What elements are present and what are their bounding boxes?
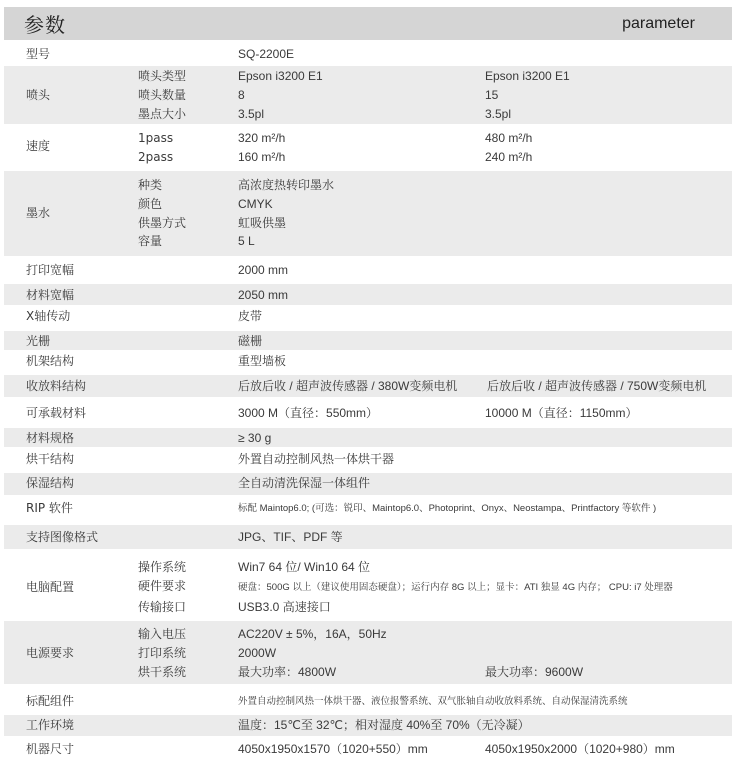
row-sublabel: 操作系统 (138, 558, 186, 577)
row-label: 保湿结构 (26, 474, 74, 493)
row-label: 机架结构 (26, 352, 74, 371)
row-label: 烘干结构 (26, 450, 74, 469)
row-value: 4050x1950x1570（1020+550）mm (238, 740, 428, 759)
row-value: USB3.0 高速接口 (238, 598, 331, 617)
row-speed: 速度 1pass 2pass 320 m²/h 160 m²/h 480 m²/… (4, 124, 732, 171)
row-value-alt: 3.5pl (485, 105, 511, 124)
row-label: 标配组件 (26, 692, 74, 711)
row-label: X轴传动 (26, 307, 70, 326)
row-value: 8 (238, 86, 245, 105)
row-sublabel: 输入电压 (138, 625, 186, 644)
row-value: CMYK (238, 195, 273, 214)
row-label: 光栅 (26, 332, 50, 351)
row-label: 电源要求 (26, 644, 74, 663)
row-sublabel: 喷头类型 (138, 67, 186, 86)
section-header: 参数 parameter (4, 7, 732, 40)
row-label: RIP 软件 (26, 499, 73, 518)
row-value: 最大功率：4800W (238, 663, 336, 682)
row-value: 虹吸供墨 (238, 214, 286, 233)
row-print-width: 打印宽幅 2000 mm (4, 256, 732, 284)
row-value: AC220V ± 5%，16A，50Hz (238, 625, 387, 644)
row-label: 机器尺寸 (26, 740, 74, 759)
row-value-alt: 后放后收 / 超声波传感器 / 750W变频电机 (487, 377, 706, 396)
row-image-formats: 支持图像格式 JPG、TIF、PDF 等 (4, 525, 732, 549)
row-label: 速度 (26, 137, 50, 156)
row-sublabel: 喷头数量 (138, 86, 186, 105)
row-rip: RIP 软件 标配 Maintop6.0; (可选：锐印、Maintop6.0、… (4, 495, 732, 525)
row-computer: 电脑配置 操作系统 硬件要求 传输接口 Win7 64 位/ Win10 64 … (4, 549, 732, 621)
row-value: 硬盘：500G 以上（建议使用固态硬盘）；运行内存 8G 以上；显卡：ATI 独… (238, 578, 673, 597)
row-value-alt: 10000 M（直径：1150mm） (485, 404, 638, 423)
row-nozzle: 喷头 喷头类型 喷头数量 墨点大小 Epson i3200 E1 8 3.5pl… (4, 66, 732, 124)
row-value: 高浓度热转印墨水 (238, 176, 334, 195)
row-value: 后放后收 / 超声波传感器 / 380W变频电机 (238, 377, 457, 396)
row-value-alt: 480 m²/h (485, 129, 532, 148)
row-model: 型号 SQ-2200E (4, 44, 732, 64)
row-label: 材料宽幅 (26, 286, 74, 305)
row-value: 160 m²/h (238, 148, 285, 167)
row-value: 2000W (238, 644, 276, 663)
row-load: 可承载材料 3000 M（直径：550mm） 10000 M（直径：1150mm… (4, 397, 732, 428)
row-value: Win7 64 位/ Win10 64 位 (238, 558, 370, 577)
row-dimensions: 机器尺寸 4050x1950x1570（1020+550）mm 4050x195… (4, 736, 732, 767)
row-sublabel: 容量 (138, 232, 162, 251)
row-power: 电源要求 输入电压 打印系统 烘干系统 AC220V ± 5%，16A，50Hz… (4, 621, 732, 684)
row-value: SQ-2200E (238, 45, 294, 64)
row-environment: 工作环境 温度：15℃至 32℃；相对湿度 40%至 70%（无冷凝） (4, 715, 732, 736)
row-sublabel: 种类 (138, 176, 162, 195)
row-value: 皮带 (238, 307, 262, 326)
row-label: 可承载材料 (26, 404, 86, 423)
row-value: 全自动清洗保湿一体组件 (238, 474, 370, 493)
row-label: 型号 (26, 45, 50, 64)
row-encoder: 光栅 磁栅 (4, 331, 732, 350)
row-value: 外置自动控制风热一体烘干器、液位报警系统、双气胀轴自动收放料系统、自动保湿清洗系… (238, 692, 628, 711)
row-value: 2000 mm (238, 261, 288, 280)
row-value: 3000 M（直径：550mm） (238, 404, 378, 423)
row-ink: 墨水 种类 颜色 供墨方式 容量 高浓度热转印墨水 CMYK 虹吸供墨 5 L (4, 171, 732, 256)
row-value: Epson i3200 E1 (238, 67, 323, 86)
row-label: 材料规格 (26, 429, 74, 448)
row-label: 喷头 (26, 86, 50, 105)
row-sublabel: 打印系统 (138, 644, 186, 663)
row-sublabel: 墨点大小 (138, 105, 186, 124)
row-sublabel: 烘干系统 (138, 663, 186, 682)
row-label: 打印宽幅 (26, 261, 74, 280)
row-value: 3.5pl (238, 105, 264, 124)
row-value-alt: 4050x1950x2000（1020+980）mm (485, 740, 675, 759)
row-value: 磁栅 (238, 332, 262, 351)
row-moisture: 保湿结构 全自动清洗保湿一体组件 (4, 473, 732, 495)
row-sublabel: 1pass (138, 129, 173, 148)
row-value: 2050 mm (238, 286, 288, 305)
row-sublabel: 颜色 (138, 195, 162, 214)
row-value: 重型墙板 (238, 352, 286, 371)
row-value-alt: 15 (485, 86, 498, 105)
page-subtitle: parameter (622, 15, 695, 33)
row-value: 外置自动控制风热一体烘干器 (238, 450, 394, 469)
row-sublabel: 传输接口 (138, 598, 186, 617)
row-x-drive: X轴传动 皮带 (4, 305, 732, 331)
row-value-alt: Epson i3200 E1 (485, 67, 570, 86)
row-media-width: 材料宽幅 2050 mm (4, 284, 732, 305)
row-label: 墨水 (26, 204, 50, 223)
row-take-up: 收放料结构 后放后收 / 超声波传感器 / 380W变频电机 后放后收 / 超声… (4, 375, 732, 397)
row-dryer: 烘干结构 外置自动控制风热一体烘干器 (4, 447, 732, 473)
row-value: JPG、TIF、PDF 等 (238, 528, 343, 547)
row-value: 标配 Maintop6.0; (可选：锐印、Maintop6.0、Photopr… (238, 499, 656, 518)
row-sublabel: 2pass (138, 148, 173, 167)
page-title: 参数 (24, 9, 66, 38)
row-value-alt: 240 m²/h (485, 148, 532, 167)
row-value: 5 L (238, 232, 255, 251)
row-frame: 机架结构 重型墙板 (4, 350, 732, 375)
row-value: 温度：15℃至 32℃；相对湿度 40%至 70%（无冷凝） (238, 716, 530, 735)
row-media-spec: 材料规格 ≥ 30 g (4, 428, 732, 447)
row-sublabel: 供墨方式 (138, 214, 186, 233)
row-sublabel: 硬件要求 (138, 577, 186, 596)
row-value: 320 m²/h (238, 129, 285, 148)
row-value: ≥ 30 g (238, 429, 271, 448)
row-standard: 标配组件 外置自动控制风热一体烘干器、液位报警系统、双气胀轴自动收放料系统、自动… (4, 684, 732, 715)
row-value-alt: 最大功率：9600W (485, 663, 583, 682)
row-label: 支持图像格式 (26, 528, 98, 547)
row-label: 工作环境 (26, 716, 74, 735)
row-label: 收放料结构 (26, 377, 86, 396)
row-label: 电脑配置 (26, 578, 74, 597)
